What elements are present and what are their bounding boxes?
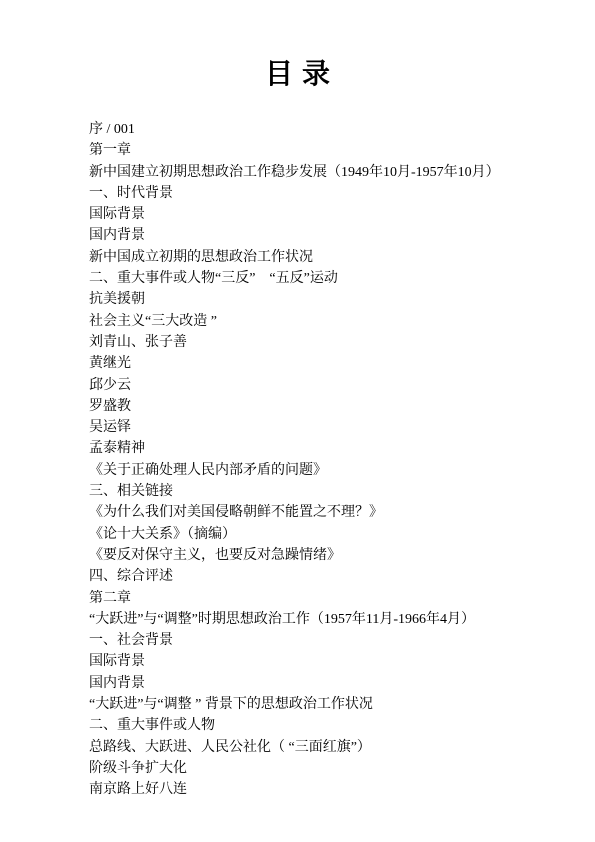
toc-entry: 三、相关链接: [89, 481, 535, 502]
toc-entry: 南京路上好八连: [89, 779, 535, 800]
toc-entry: “大跃进”与“调整 ” 背景下的思想政治工作状况: [89, 694, 535, 715]
toc-entry: 黄继光: [89, 353, 535, 374]
toc-entry: 邱少云: [89, 375, 535, 396]
page-title: 目录: [0, 0, 595, 92]
toc-entry: 一、时代背景: [89, 183, 535, 204]
toc-entry: 二、重大事件或人物“三反” “五反”运动: [89, 268, 535, 289]
toc-entry: “大跃进”与“调整”时期思想政治工作（1957年11月-1966年4月）: [89, 609, 535, 630]
toc-entry: 孟泰精神: [89, 438, 535, 459]
toc-entry: 一、社会背景: [89, 630, 535, 651]
toc-entry: 第二章: [89, 588, 535, 609]
toc-entry: 《为什么我们对美国侵略朝鲜不能置之不理？》: [89, 502, 535, 523]
document-page: 目录 序 / 001 第一章 新中国建立初期思想政治工作稳步发展（1949年10…: [0, 0, 595, 842]
toc-entry: 罗盛教: [89, 396, 535, 417]
toc-entry: 国内背景: [89, 225, 535, 246]
toc-entry: 阶级斗争扩大化: [89, 758, 535, 779]
toc-entry: 《关于正确处理人民内部矛盾的问题》: [89, 460, 535, 481]
toc-entry: 国际背景: [89, 651, 535, 672]
toc-entry: 国内背景: [89, 673, 535, 694]
toc-entry: 新中国建立初期思想政治工作稳步发展（1949年10月-1957年10月）: [89, 162, 535, 183]
toc-entry: 序 / 001: [89, 119, 535, 140]
toc-entry: 社会主义“三大改造 ”: [89, 311, 535, 332]
toc-entry: 抗美援朝: [89, 289, 535, 310]
toc-entry: 《论十大关系》（摘编）: [89, 524, 535, 545]
toc-entry: 刘青山、张子善: [89, 332, 535, 353]
toc-entry: 吴运铎: [89, 417, 535, 438]
toc-entry: 《要反对保守主义，也要反对急躁情绪》: [89, 545, 535, 566]
table-of-contents: 序 / 001 第一章 新中国建立初期思想政治工作稳步发展（1949年10月-1…: [0, 119, 595, 801]
toc-entry: 总路线、大跃进、人民公社化（ “三面红旗”）: [89, 737, 535, 758]
toc-entry: 国际背景: [89, 204, 535, 225]
toc-entry: 第一章: [89, 140, 535, 161]
toc-entry: 四、综合评述: [89, 566, 535, 587]
toc-entry: 二、重大事件或人物: [89, 715, 535, 736]
toc-entry: 新中国成立初期的思想政治工作状况: [89, 247, 535, 268]
